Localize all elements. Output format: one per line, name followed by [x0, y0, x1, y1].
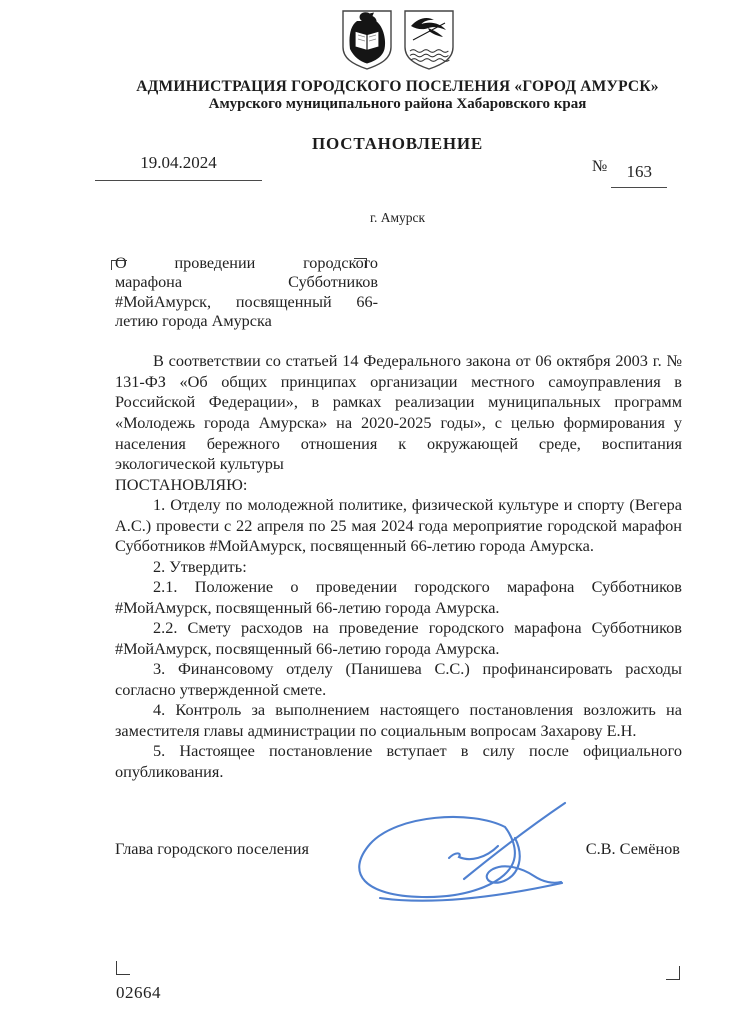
body-intro-paragraph: В соответствии со статьей 14 Федеральног…	[115, 351, 682, 474]
doc-number-group: №163	[592, 158, 667, 188]
signature-title: Глава городского поселения	[115, 839, 309, 859]
body-item: 4. Контроль за выполнением настоящего по…	[115, 700, 682, 741]
doc-place: г. Амурск	[115, 210, 680, 226]
document-page: АДМИНИСТРАЦИЯ ГОРОДСКОГО ПОСЕЛЕНИЯ «ГОРО…	[0, 0, 745, 1024]
footer-code: 02664	[116, 983, 161, 1003]
corner-mark-subject-left	[111, 260, 127, 270]
org-name-line1: АДМИНИСТРАЦИЯ ГОРОДСКОГО ПОСЕЛЕНИЯ «ГОРО…	[115, 78, 680, 96]
body-item: 2.1. Положение о проведении городского м…	[115, 577, 682, 618]
doc-date-field: 19.04.2024	[95, 153, 262, 181]
doc-number-field: 163	[611, 162, 667, 188]
body-item: 2. Утвердить:	[115, 557, 682, 578]
resolve-keyword: ПОСТАНОВЛЯЮ:	[115, 475, 682, 496]
body-item: 5. Настоящее постановление вступает в си…	[115, 741, 682, 782]
corner-mark-bottom-right	[666, 966, 680, 980]
subject-line: марафона Субботников	[115, 273, 378, 292]
doc-type-title: ПОСТАНОВЛЕНИЕ	[115, 134, 680, 154]
subject-line: летию города Амурска	[115, 312, 378, 331]
subject-line: #МойАмурск, посвященный 66-	[115, 293, 378, 312]
body-item: 1. Отделу по молодежной политике, физиче…	[115, 495, 682, 557]
corner-mark-subject-right	[354, 258, 367, 268]
body-item: 3. Финансовому отделу (Панишева С.С.) пр…	[115, 659, 682, 700]
body-text: В соответствии со статьей 14 Федеральног…	[115, 351, 682, 782]
subject-line: О проведении городского	[115, 254, 378, 273]
bear-book-emblem-icon	[341, 9, 393, 71]
signature-row: Глава городского поселения С.В. Семёнов	[115, 839, 680, 859]
subject-block: О проведении городского марафона Субботн…	[115, 254, 378, 332]
doc-number-sign: №	[592, 158, 607, 175]
org-name-line2: Амурского муниципального района Хабаровс…	[115, 96, 680, 113]
body-item: 2.2. Смету расходов на проведение городс…	[115, 618, 682, 659]
corner-mark-bottom-left	[116, 961, 130, 975]
signature-name: С.В. Семёнов	[586, 839, 680, 859]
bird-waves-emblem-icon	[403, 9, 455, 71]
coat-of-arms-row	[115, 0, 680, 71]
